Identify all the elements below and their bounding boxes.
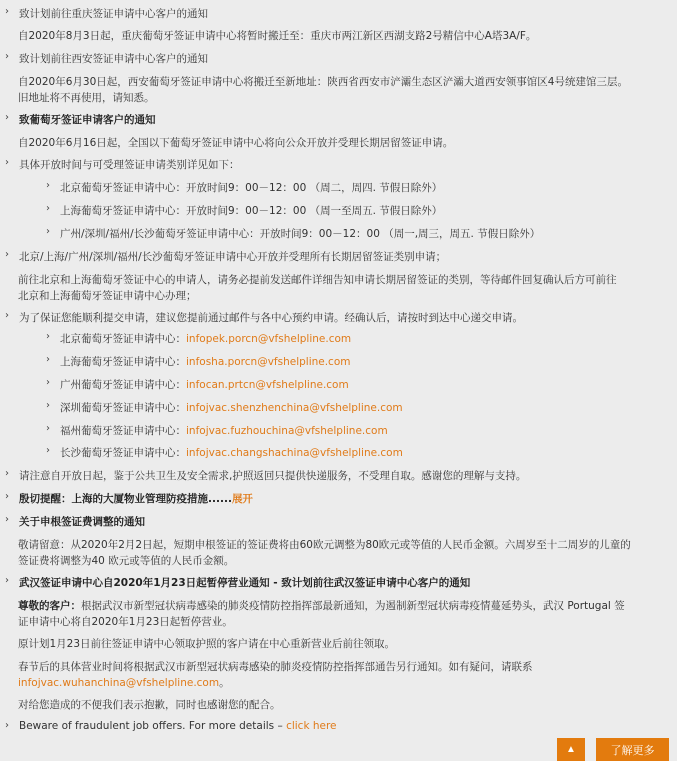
notice-body: 旧地址将不再使用，请知悉。 [18,90,677,105]
email-link-shenzhen[interactable]: infojvac.shenzhenchina@vfshelpline.com [186,402,403,414]
contact-item: › 广州葡萄牙签证申请中心：infocan.prtcn@vfshelpline.… [60,377,677,392]
notice-title-chongqing: › 致计划前往重庆签证申请中心客户的通知 [19,6,677,21]
chevron-right-icon: › [46,423,50,434]
notice-body: infojvac.wuhanchina@vfshelpline.com。 [18,675,677,690]
notice-body: 自2020年8月3日起，重庆葡萄牙签证申请中心将暂时搬迁至：重庆市两江新区西湖支… [18,28,677,43]
chevron-right-icon: › [46,354,50,365]
notice-body: 北京和上海葡萄牙签证申请中心办理； [18,288,677,303]
contact-item: › 深圳葡萄牙签证申请中心：infojvac.shenzhenchina@vfs… [60,400,677,415]
notice-title-xian: › 致计划前往西安签证申请中心客户的通知 [19,51,677,66]
passport-note: › 请注意自开放日起，鉴于公共卫生及安全需求,护照返回只提供快递服务，不受理自取… [19,468,677,483]
hours-item: › 广州/深圳/福州/长沙葡萄牙签证申请中心：开放时间9：00－12：00 （周… [60,226,677,241]
expand-link[interactable]: 展开 [232,493,253,505]
email-link-guangzhou[interactable]: infocan.prtcn@vfshelpline.com [186,379,349,391]
chevron-right-icon: › [5,468,9,479]
chevron-right-icon: › [5,112,9,123]
notice-body: 敬请留意：从2020年2月2日起，短期申根签证的签证费将由60欧元调整为80欧元… [18,537,677,552]
email-link-shanghai[interactable]: infosha.porcn@vfshelpline.com [186,356,350,368]
notice-title-fee: › 关于申根签证费调整的通知 [19,514,677,529]
click-here-link[interactable]: click here [286,720,336,732]
contact-item: › 北京葡萄牙签证申请中心：infopek.porcn@vfshelpline.… [60,331,677,346]
chevron-right-icon: › [46,203,50,214]
chevron-right-icon: › [46,180,50,191]
chevron-right-icon: › [5,310,9,321]
chevron-right-icon: › [46,226,50,237]
contact-item: › 长沙葡萄牙签证申请中心：infojvac.changshachina@vfs… [60,445,677,460]
chevron-right-icon: › [5,51,9,62]
notice-body: 对给您造成的不便我们表示抱歉，同时也感谢您的配合。 [18,697,677,712]
chevron-right-icon: › [5,720,9,731]
chevron-right-icon: › [46,400,50,411]
email-link-beijing[interactable]: infopek.porcn@vfshelpline.com [186,333,351,345]
notice-title-portugal: › 致葡萄牙签证申请客户的通知 [19,112,677,127]
email-link-wuhan[interactable]: infojvac.wuhanchina@vfshelpline.com [18,677,219,689]
notice-body: 自2020年6月16日起，全国以下葡萄牙签证申请中心将向公众开放并受理长期居留签… [18,135,677,150]
notice-body: 前往北京和上海葡萄牙签证中心的申请人，请务必提前发送邮件详细告知申请长期居留签证… [18,272,677,287]
contact-item: › 福州葡萄牙签证申请中心：infojvac.fuzhouchina@vfshe… [60,423,677,438]
notice-body: 春节后的具体营业时间将根据武汉市新型冠状病毒感染的肺炎疫情防控指挥部通告另行通知… [18,659,677,674]
chevron-right-icon: › [46,331,50,342]
notice-title-shanghai-reminder: › 殷切提醒：上海的大厦物业管理防疫措施......展开 [19,491,677,506]
hours-heading: › 具体开放时间与可受理签证申请类别详见如下： [19,157,677,172]
chevron-right-icon: › [5,491,9,502]
chevron-right-icon: › [46,377,50,388]
fraud-notice: › Beware of fraudulent job offers. For m… [19,720,677,732]
chevron-right-icon: › [46,445,50,456]
email-link-fuzhou[interactable]: infojvac.fuzhouchina@vfshelpline.com [186,425,388,437]
hours-item: › 北京葡萄牙签证申请中心：开放时间9：00－12：00 （周二，周四. 节假日… [60,180,677,195]
appointment-heading: › 为了保证您能顺利提交申请，建议您提前通过邮件与各中心预约申请。经确认后，请按… [19,310,677,325]
scroll-top-button[interactable]: ▲ [557,738,585,761]
chevron-right-icon: › [5,575,9,586]
notice-body: 证申请中心将自2020年1月23日起暂停营业。 [18,614,677,629]
notice-body: 尊敬的客户：根据武汉市新型冠状病毒感染的肺炎疫情防控指挥部最新通知，为遏制新型冠… [18,598,677,613]
chevron-right-icon: › [5,6,9,17]
arrow-up-icon: ▲ [566,744,576,755]
notice-title-wuhan: › 武汉签证申请中心自2020年1月23日起暂停营业通知 - 致计划前往武汉签证… [19,575,677,590]
notice-body: 签证费将调整为40 欧元或等值的人民币金额。 [18,553,677,568]
chevron-right-icon: › [5,514,9,525]
email-link-changsha[interactable]: infojvac.changshachina@vfshelpline.com [186,447,403,459]
chevron-right-icon: › [5,249,9,260]
chevron-right-icon: › [5,157,9,168]
contact-item: › 上海葡萄牙签证申请中心：infosha.porcn@vfshelpline.… [60,354,677,369]
learn-more-button[interactable]: 了解更多 [596,738,669,761]
all-categories: › 北京/上海/广州/深圳/福州/长沙葡萄牙签证申请中心开放并受理所有长期居留签… [19,249,677,264]
notice-body: 自2020年6月30日起，西安葡萄牙签证申请中心将搬迁至新地址：陕西省西安市浐灞… [18,74,677,89]
notice-body: 原计划1月23日前往签证申请中心领取护照的客户请在中心重新营业后前往领取。 [18,636,677,651]
hours-item: › 上海葡萄牙签证申请中心：开放时间9：00－12：00 （周一至周五. 节假日… [60,203,677,218]
